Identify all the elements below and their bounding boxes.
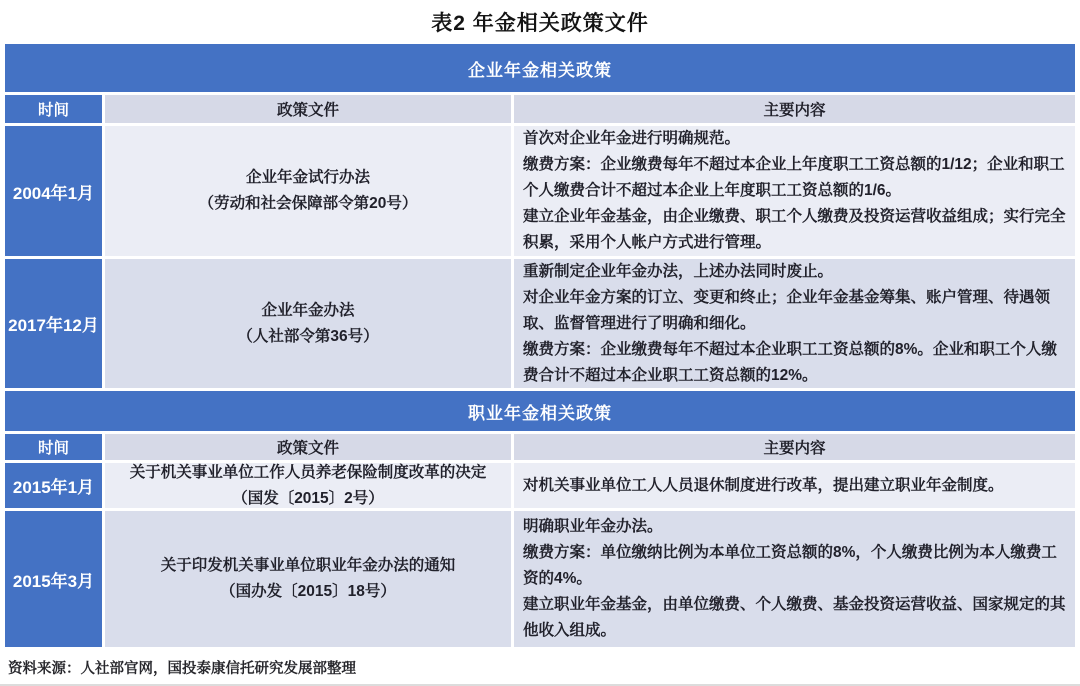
- content-cell: 首次对企业年金进行明确规范。 缴费方案：企业缴费每年不超过本企业上年度职工工资总…: [514, 126, 1075, 256]
- policy-line: （国发〔2015〕2号）: [111, 486, 505, 512]
- section-header-enterprise-annuity: 企业年金相关政策: [5, 44, 1075, 92]
- source-note: 资料来源：人社部官网，国投泰康信托研究发展部整理: [8, 657, 356, 678]
- policy-line: （人社部令第36号）: [111, 324, 505, 350]
- content-paragraph: 首次对企业年金进行明确规范。: [523, 126, 1069, 152]
- time-cell: 2017年12月: [5, 259, 102, 388]
- content-paragraph: 缴费方案：企业缴费每年不超过本企业上年度职工工资总额的1/12；企业和职工个人缴…: [523, 152, 1069, 204]
- time-cell: 2015年3月: [5, 511, 102, 647]
- policy-cell: 关于机关事业单位工作人员养老保险制度改革的决定 （国发〔2015〕2号）: [105, 463, 511, 508]
- col-header-time: 时间: [5, 95, 102, 123]
- col-header-time: 时间: [5, 434, 102, 460]
- policy-line: 企业年金办法: [111, 298, 505, 324]
- content-paragraph: 重新制定企业年金办法，上述办法同时废止。: [523, 259, 1069, 285]
- policy-line: 关于印发机关事业单位职业年金办法的通知: [111, 553, 505, 579]
- content-paragraph: 对机关事业单位工人人员退休制度进行改革，提出建立职业年金制度。: [523, 473, 1069, 499]
- content-paragraph: 缴费方案：单位缴纳比例为本单位工资总额的8%，个人缴费比例为本人缴费工资的4%。: [523, 540, 1069, 592]
- content-cell: 明确职业年金办法。 缴费方案：单位缴纳比例为本单位工资总额的8%，个人缴费比例为…: [514, 511, 1075, 647]
- content-cell: 重新制定企业年金办法，上述办法同时废止。 对企业年金方案的订立、变更和终止；企业…: [514, 259, 1075, 388]
- col-header-policy: 政策文件: [105, 95, 511, 123]
- policy-cell: 企业年金办法 （人社部令第36号）: [105, 259, 511, 388]
- col-header-policy: 政策文件: [105, 434, 511, 460]
- table-title: 表2 年金相关政策文件: [0, 7, 1080, 37]
- content-cell: 对机关事业单位工人人员退休制度进行改革，提出建立职业年金制度。: [514, 463, 1075, 508]
- annuity-policy-table: 企业年金相关政策 时间 政策文件 主要内容 2004年1月 企业年金试行办法 （…: [5, 44, 1075, 647]
- col-header-content: 主要内容: [514, 434, 1075, 460]
- content-paragraph: 缴费方案：企业缴费每年不超过本企业职工工资总额的8%。企业和职工个人缴费合计不超…: [523, 337, 1069, 389]
- content-paragraph: 明确职业年金办法。: [523, 514, 1069, 540]
- policy-line: 关于机关事业单位工作人员养老保险制度改革的决定: [111, 460, 505, 486]
- policy-cell: 企业年金试行办法 （劳动和社会保障部令第20号）: [105, 126, 511, 256]
- section-header-occupational-annuity: 职业年金相关政策: [5, 391, 1075, 431]
- policy-line: （国办发〔2015〕18号）: [111, 579, 505, 605]
- policy-line: （劳动和社会保障部令第20号）: [111, 191, 505, 217]
- content-paragraph: 建立企业年金基金，由企业缴费、职工个人缴费及投资运营收益组成；实行完全积累，采用…: [523, 204, 1069, 256]
- policy-cell: 关于印发机关事业单位职业年金办法的通知 （国办发〔2015〕18号）: [105, 511, 511, 647]
- time-cell: 2015年1月: [5, 463, 102, 508]
- content-paragraph: 对企业年金方案的订立、变更和终止；企业年金基金筹集、账户管理、待遇领取、监督管理…: [523, 285, 1069, 337]
- policy-line: 企业年金试行办法: [111, 165, 505, 191]
- col-header-content: 主要内容: [514, 95, 1075, 123]
- time-cell: 2004年1月: [5, 126, 102, 256]
- content-paragraph: 建立职业年金基金，由单位缴费、个人缴费、基金投资运营收益、国家规定的其他收入组成…: [523, 592, 1069, 644]
